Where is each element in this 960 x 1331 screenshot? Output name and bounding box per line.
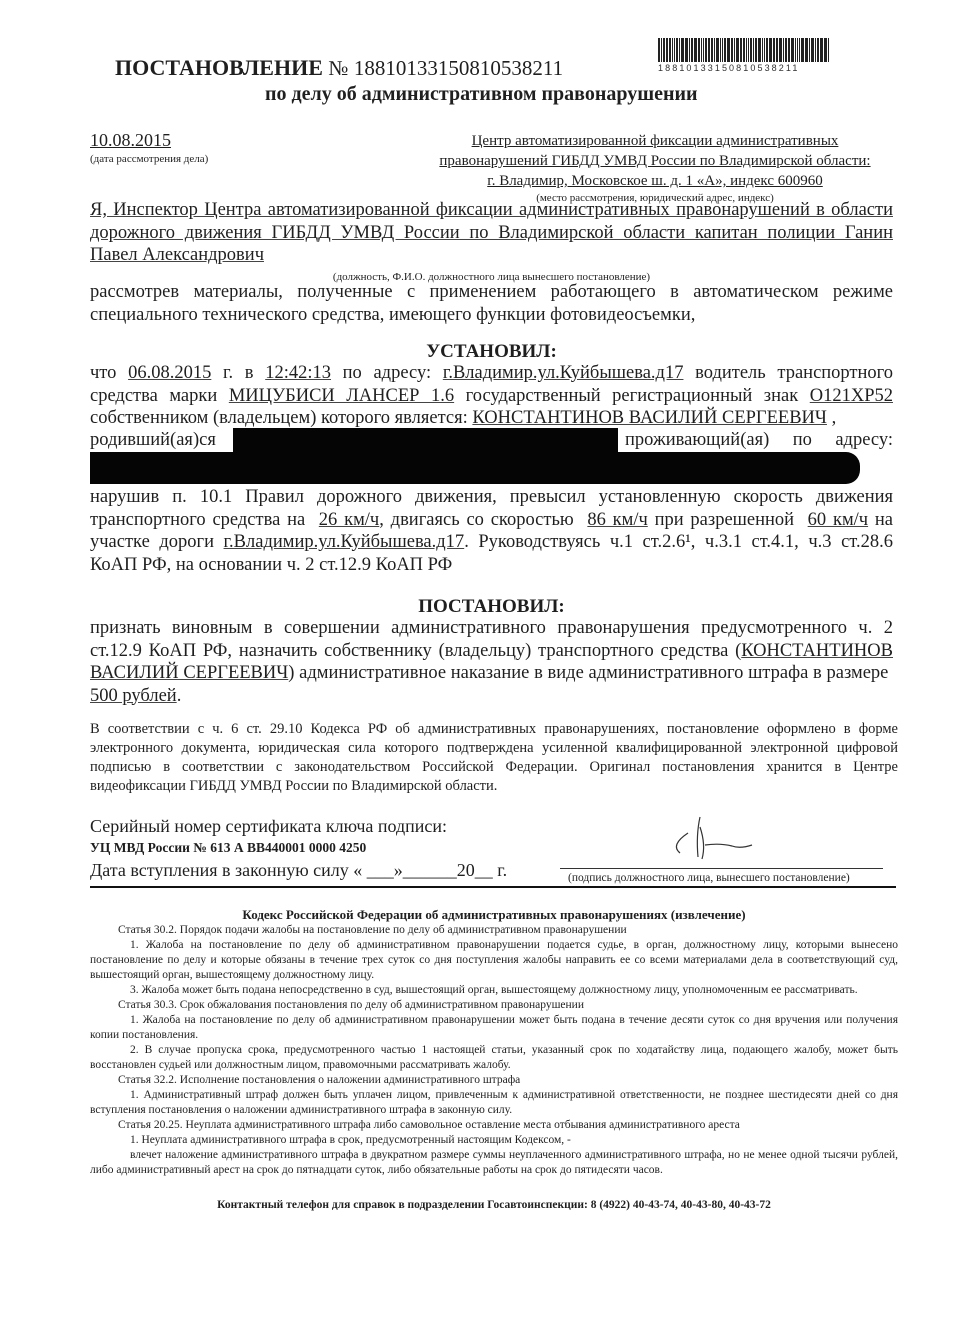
code-extract-line: 1. Жалоба на постановление по делу об ад… [90, 938, 898, 983]
document-subtitle: по делу об административном правонарушен… [265, 83, 698, 106]
owner-name: КОНСТАНТИНОВ ВАСИЛИЙ СЕРГЕЕВИЧ [472, 408, 827, 428]
violation-text: нарушив п. 10.1 Правил дорожного движени… [90, 486, 893, 576]
vehicle-model: МИЦУБИСИ ЛАНСЕР 1.6 [229, 386, 454, 406]
code-extract-line: Статья 30.2. Порядок подачи жалобы на по… [90, 923, 898, 938]
violation-address: г.Владимир.ул.Куйбышева.д17 [443, 363, 684, 383]
inspector-block: Я, Инспектор Центра автоматизированной ф… [90, 199, 893, 267]
speed-limit: 60 км/ч [808, 510, 868, 530]
decided-heading: ПОСТАНОВИЛ: [90, 596, 893, 618]
code-extract-line: Статья 32.2. Исполнение постановления о … [90, 1073, 898, 1088]
effective-date-line: Дата вступления в законную силу « ___»__… [90, 859, 507, 881]
code-extract-line: 1. Жалоба на постановление по делу об ад… [90, 1013, 898, 1043]
serial-label: Серийный номер сертификата ключа подписи… [90, 815, 507, 837]
handwritten-signature-icon [660, 815, 770, 865]
signature-block: Серийный номер сертификата ключа подписи… [90, 815, 507, 881]
code-extract: Статья 30.2. Порядок подачи жалобы на по… [90, 923, 898, 1178]
considered-text: рассмотрев материалы, полученные с приме… [90, 281, 893, 326]
code-extract-line: влечет наложение административного штраф… [90, 1148, 898, 1178]
review-place: Центр автоматизированной фиксации админи… [410, 131, 900, 205]
electronic-document-note: В соответствии с ч. 6 ст. 29.10 Кодекса … [90, 720, 898, 796]
actual-speed: 86 км/ч [587, 510, 647, 530]
redacted-birth [233, 428, 618, 452]
review-date-caption: (дата рассмотрения дела) [90, 153, 208, 165]
contact-phone: Контактный телефон для справок в подразд… [90, 1199, 898, 1211]
code-extract-line: 2. В случае пропуска срока, предусмотрен… [90, 1043, 898, 1073]
violation-date: 06.08.2015 [128, 363, 211, 383]
number-sign: № [328, 56, 348, 80]
license-plate: О121ХР52 [810, 386, 893, 406]
road-section: г.Владимир.ул.Куйбышева.д17 [224, 532, 465, 552]
review-date: 10.08.2015 [90, 130, 171, 151]
established-text: что 06.08.2015 г. в 12:42:13 по адресу: … [90, 362, 893, 430]
certificate-number: УЦ МВД России № 613 А ВВ440001 0000 4250 [90, 837, 507, 859]
document-title: ПОСТАНОВЛЕНИЕ № 18810133150810538211 [115, 55, 563, 81]
fine-amount: 500 рублей [90, 686, 177, 706]
resolution-number: 18810133150810538211 [354, 56, 563, 80]
barcode-digits: 18810133150810538211 [658, 63, 830, 73]
signature-caption: (подпись должностного лица, вынесшего по… [568, 872, 850, 884]
signature-line [560, 868, 883, 869]
barcode: 18810133150810538211 [658, 38, 830, 73]
code-extract-line: Статья 30.3. Срок обжалования постановле… [90, 998, 898, 1013]
established-heading: УСТАНОВИЛ: [90, 341, 893, 363]
lives-label: проживающий(ая) по адресу: [625, 430, 893, 451]
code-extract-line: Статья 20.25. Неуплата административного… [90, 1118, 898, 1133]
code-extract-title: Кодекс Российской Федерации об администр… [90, 907, 898, 923]
redacted-address [90, 452, 860, 484]
barcode-icon [658, 38, 830, 62]
born-label: родивший(ая)ся [90, 430, 216, 451]
section-divider [90, 886, 896, 888]
code-extract-line: 3. Жалоба может быть подана непосредстве… [90, 983, 898, 998]
decided-text: признать виновным в совершении администр… [90, 617, 893, 707]
code-extract-line: 1. Неуплата административного штрафа в с… [90, 1133, 898, 1148]
violation-time: 12:42:13 [265, 363, 331, 383]
code-extract-line: 1. Административный штраф должен быть уп… [90, 1088, 898, 1118]
speed-over: 26 км/ч [319, 510, 379, 530]
